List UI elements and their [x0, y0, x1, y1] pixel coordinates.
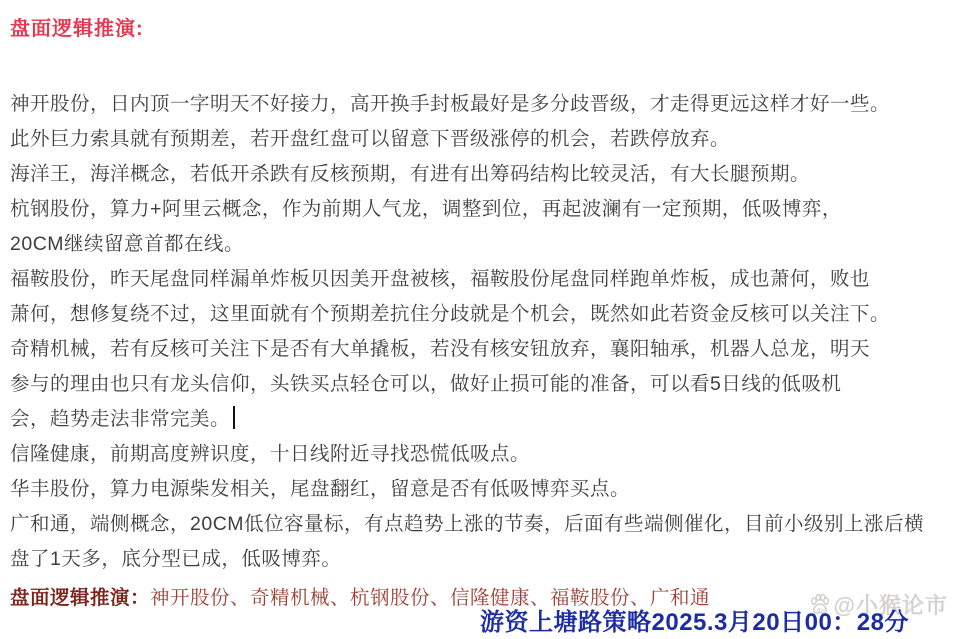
body-line: 神开股份，日内顶一字明天不好接力，高开换手封板最好是多分歧晋级，才走得更远这样才… [10, 87, 944, 122]
body-line: 20CM继续留意首都在线。 [10, 227, 944, 262]
body-line: 海洋王，海洋概念，若低开杀跌有反核预期，有进有出筹码结构比较灵活，有大长腿预期。 [10, 157, 944, 192]
body-line-text: 萧何，想修复绕不过，这里面就有个预期差抗住分歧就是个机会，既然如此若资金反核可以… [10, 303, 890, 325]
text-cursor [233, 406, 235, 429]
body-line-text: 杭钢股份，算力+阿里云概念，作为前期人气龙，调整到位，再起波澜有一定预期，低吸博… [10, 198, 842, 220]
body-line: 萧何，想修复绕不过，这里面就有个预期差抗住分歧就是个机会，既然如此若资金反核可以… [10, 297, 944, 332]
body-line: 福鞍股份，昨天尾盘同样漏单炸板贝因美开盘被核，福鞍股份尾盘同样跑单炸板，成也萧何… [10, 262, 944, 297]
body-line: 参与的理由也只有龙头信仰，头铁买点轻仓可以，做好止损可能的准备，可以看5日线的低… [10, 367, 944, 402]
body-line-text: 神开股份，日内顶一字明天不好接力，高开换手封板最好是多分歧晋级，才走得更远这样才… [10, 93, 890, 115]
body-line: 奇精机械，若有反核可关注下是否有大单撬板，若没有核安钮放弃，襄阳轴承，机器人总龙… [10, 332, 944, 367]
body-line-text: 广和通，端侧概念，20CM低位容量标，有点趋势上涨的节奏，后面有些端侧催化，目前… [10, 513, 924, 535]
body-line-text: 华丰股份，算力电源柴发相关，尾盘翻红，留意是否有低吸博弈买点。 [10, 478, 630, 500]
body-line: 会，趋势走法非常完美。 [10, 402, 944, 437]
body-line-text: 奇精机械，若有反核可关注下是否有大单撬板，若没有核安钮放弃，襄阳轴承，机器人总龙… [10, 338, 870, 360]
body-line-text: 参与的理由也只有龙头信仰，头铁买点轻仓可以，做好止损可能的准备，可以看5日线的低… [10, 373, 841, 395]
body-line: 此外巨力索具就有预期差，若开盘红盘可以留意下晋级涨停的机会，若跌停放弃。 [10, 122, 944, 157]
body-line-text: 盘了1天多，底分型已成，低吸博弈。 [10, 548, 341, 570]
body-line: 杭钢股份，算力+阿里云概念，作为前期人气龙，调整到位，再起波澜有一定预期，低吸博… [10, 192, 944, 227]
body-line: 信隆健康，前期高度辨识度，十日线附近寻找恐慌低吸点。 [10, 437, 944, 472]
body-line: 华丰股份，算力电源柴发相关，尾盘翻红，留意是否有低吸博弈买点。 [10, 472, 944, 507]
page-title: 盘面逻辑推演: [10, 12, 944, 41]
body-line: 盘了1天多，底分型已成，低吸博弈。 [10, 542, 944, 577]
body-line-text: 此外巨力索具就有预期差，若开盘红盘可以留意下晋级涨停的机会，若跌停放弃。 [10, 128, 730, 150]
body-line-text: 信隆健康，前期高度辨识度，十日线附近寻找恐慌低吸点。 [10, 443, 530, 465]
strategy-title: 游资上塘路策略2025.3月20日00：28分 [480, 602, 909, 637]
body-line-text: 福鞍股份，昨天尾盘同样漏单炸板贝因美开盘被核，福鞍股份尾盘同样跑单炸板，成也萧何… [10, 268, 870, 290]
footer-row: du @小猴论市 游资上塘路策略2025.3月20日00：28分 [0, 593, 954, 639]
body-line: 广和通，端侧概念，20CM低位容量标，有点趋势上涨的节奏，后面有些端侧催化，目前… [10, 507, 944, 542]
body-line-text: 海洋王，海洋概念，若低开杀跌有反核预期，有进有出筹码结构比较灵活，有大长腿预期。 [10, 163, 810, 185]
body-line-text: 会，趋势走法非常完美。 [10, 408, 230, 430]
document-page: 盘面逻辑推演: 神开股份，日内顶一字明天不好接力，高开换手封板最好是多分歧晋级，… [0, 0, 954, 639]
body-line-text: 20CM继续留意首都在线。 [10, 233, 244, 255]
note-text-area[interactable]: 神开股份，日内顶一字明天不好接力，高开换手封板最好是多分歧晋级，才走得更远这样才… [10, 87, 944, 577]
